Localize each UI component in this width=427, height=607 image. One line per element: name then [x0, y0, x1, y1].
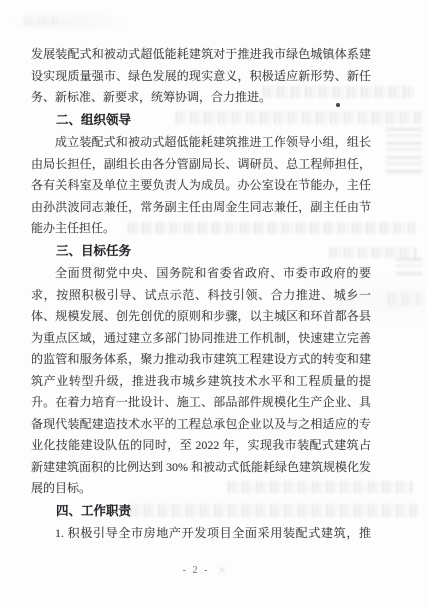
text-line: 各有关科室及单位主要负责人为成员。办公室设在节能办，主任	[31, 175, 371, 197]
text-line: 成立装配式和被动式超低能耗建筑推进工作领导小组，组长	[31, 132, 371, 154]
section-heading-organization: 二、组织领导	[31, 110, 371, 132]
text-line: 发展装配式和被动式超低能耗建筑对于推进我市绿色城镇体系建	[31, 44, 371, 66]
text-line: 由局长担任，副组长由各分管副局长、调研员、总工程师担任，	[31, 154, 371, 176]
text-line: 展的目标。	[31, 478, 371, 500]
bleed-through-smudge	[396, 258, 422, 276]
page-number: - 2 -	[0, 565, 392, 576]
text-line: 升。在着力培育一批设计、施工、部品部件规模化生产企业、具	[31, 392, 371, 414]
text-line: 由孙洪波同志兼任，常务副主任由周金生同志兼任，副主任由节	[31, 197, 371, 219]
bleed-through-smudge	[386, 128, 422, 176]
text-line: 求，按照积极引导、试点示范、科技引领、合力推进、城乡一	[31, 285, 371, 307]
text-line: 务、新标准、新要求，统筹协调，合力推进。	[31, 87, 371, 109]
bleed-through-smudge	[388, 292, 422, 306]
scanned-document-page: 发展装配式和被动式超低能耗建筑对于推进我市绿色城镇体系建 设实现质量强市、绿色发…	[0, 0, 427, 607]
document-body: 发展装配式和被动式超低能耗建筑对于推进我市绿色城镇体系建 设实现质量强市、绿色发…	[31, 44, 371, 545]
text-line: 能办主任担任。	[31, 218, 371, 240]
text-line: 备现代装配建造技术水平的工程总承包企业以及与之相适应的专	[31, 414, 371, 436]
text-line: 的监管和服务体系，聚力推动我市建筑工程建设方式的转变和建	[31, 349, 371, 371]
section-heading-responsibilities: 四、工作职责	[31, 501, 371, 523]
text-line: 设实现质量强市、绿色发展的现实意义，积极适应新形势、新任	[31, 66, 371, 88]
text-line: 筑产业转型升级，推进我市城乡建筑技术水平和工程质量的提	[31, 371, 371, 393]
text-line: 全面贯彻党中央、国务院和省委省政府、市委市政府的要	[31, 263, 371, 285]
text-line: 为重点区域，通过建立多部门协同推进工作机制，快速建立完善	[31, 328, 371, 350]
text-line: 业化技能建设队伍的同时，至 2022 年，实现我市装配式建筑占	[31, 435, 371, 457]
section-heading-objectives: 三、目标任务	[31, 241, 371, 263]
text-line: 体、规模发展、创先创优的原则和步骤，以主城区和环首都各县	[31, 306, 371, 328]
bleed-through-smudge	[24, 16, 58, 26]
text-line: 1. 积极引导全市房地产开发项目全面采用装配式建筑，推	[31, 523, 371, 545]
text-line: 新建建筑面积的比例达到 30% 和被动式低能耗绿色建筑规模化发	[31, 457, 371, 479]
